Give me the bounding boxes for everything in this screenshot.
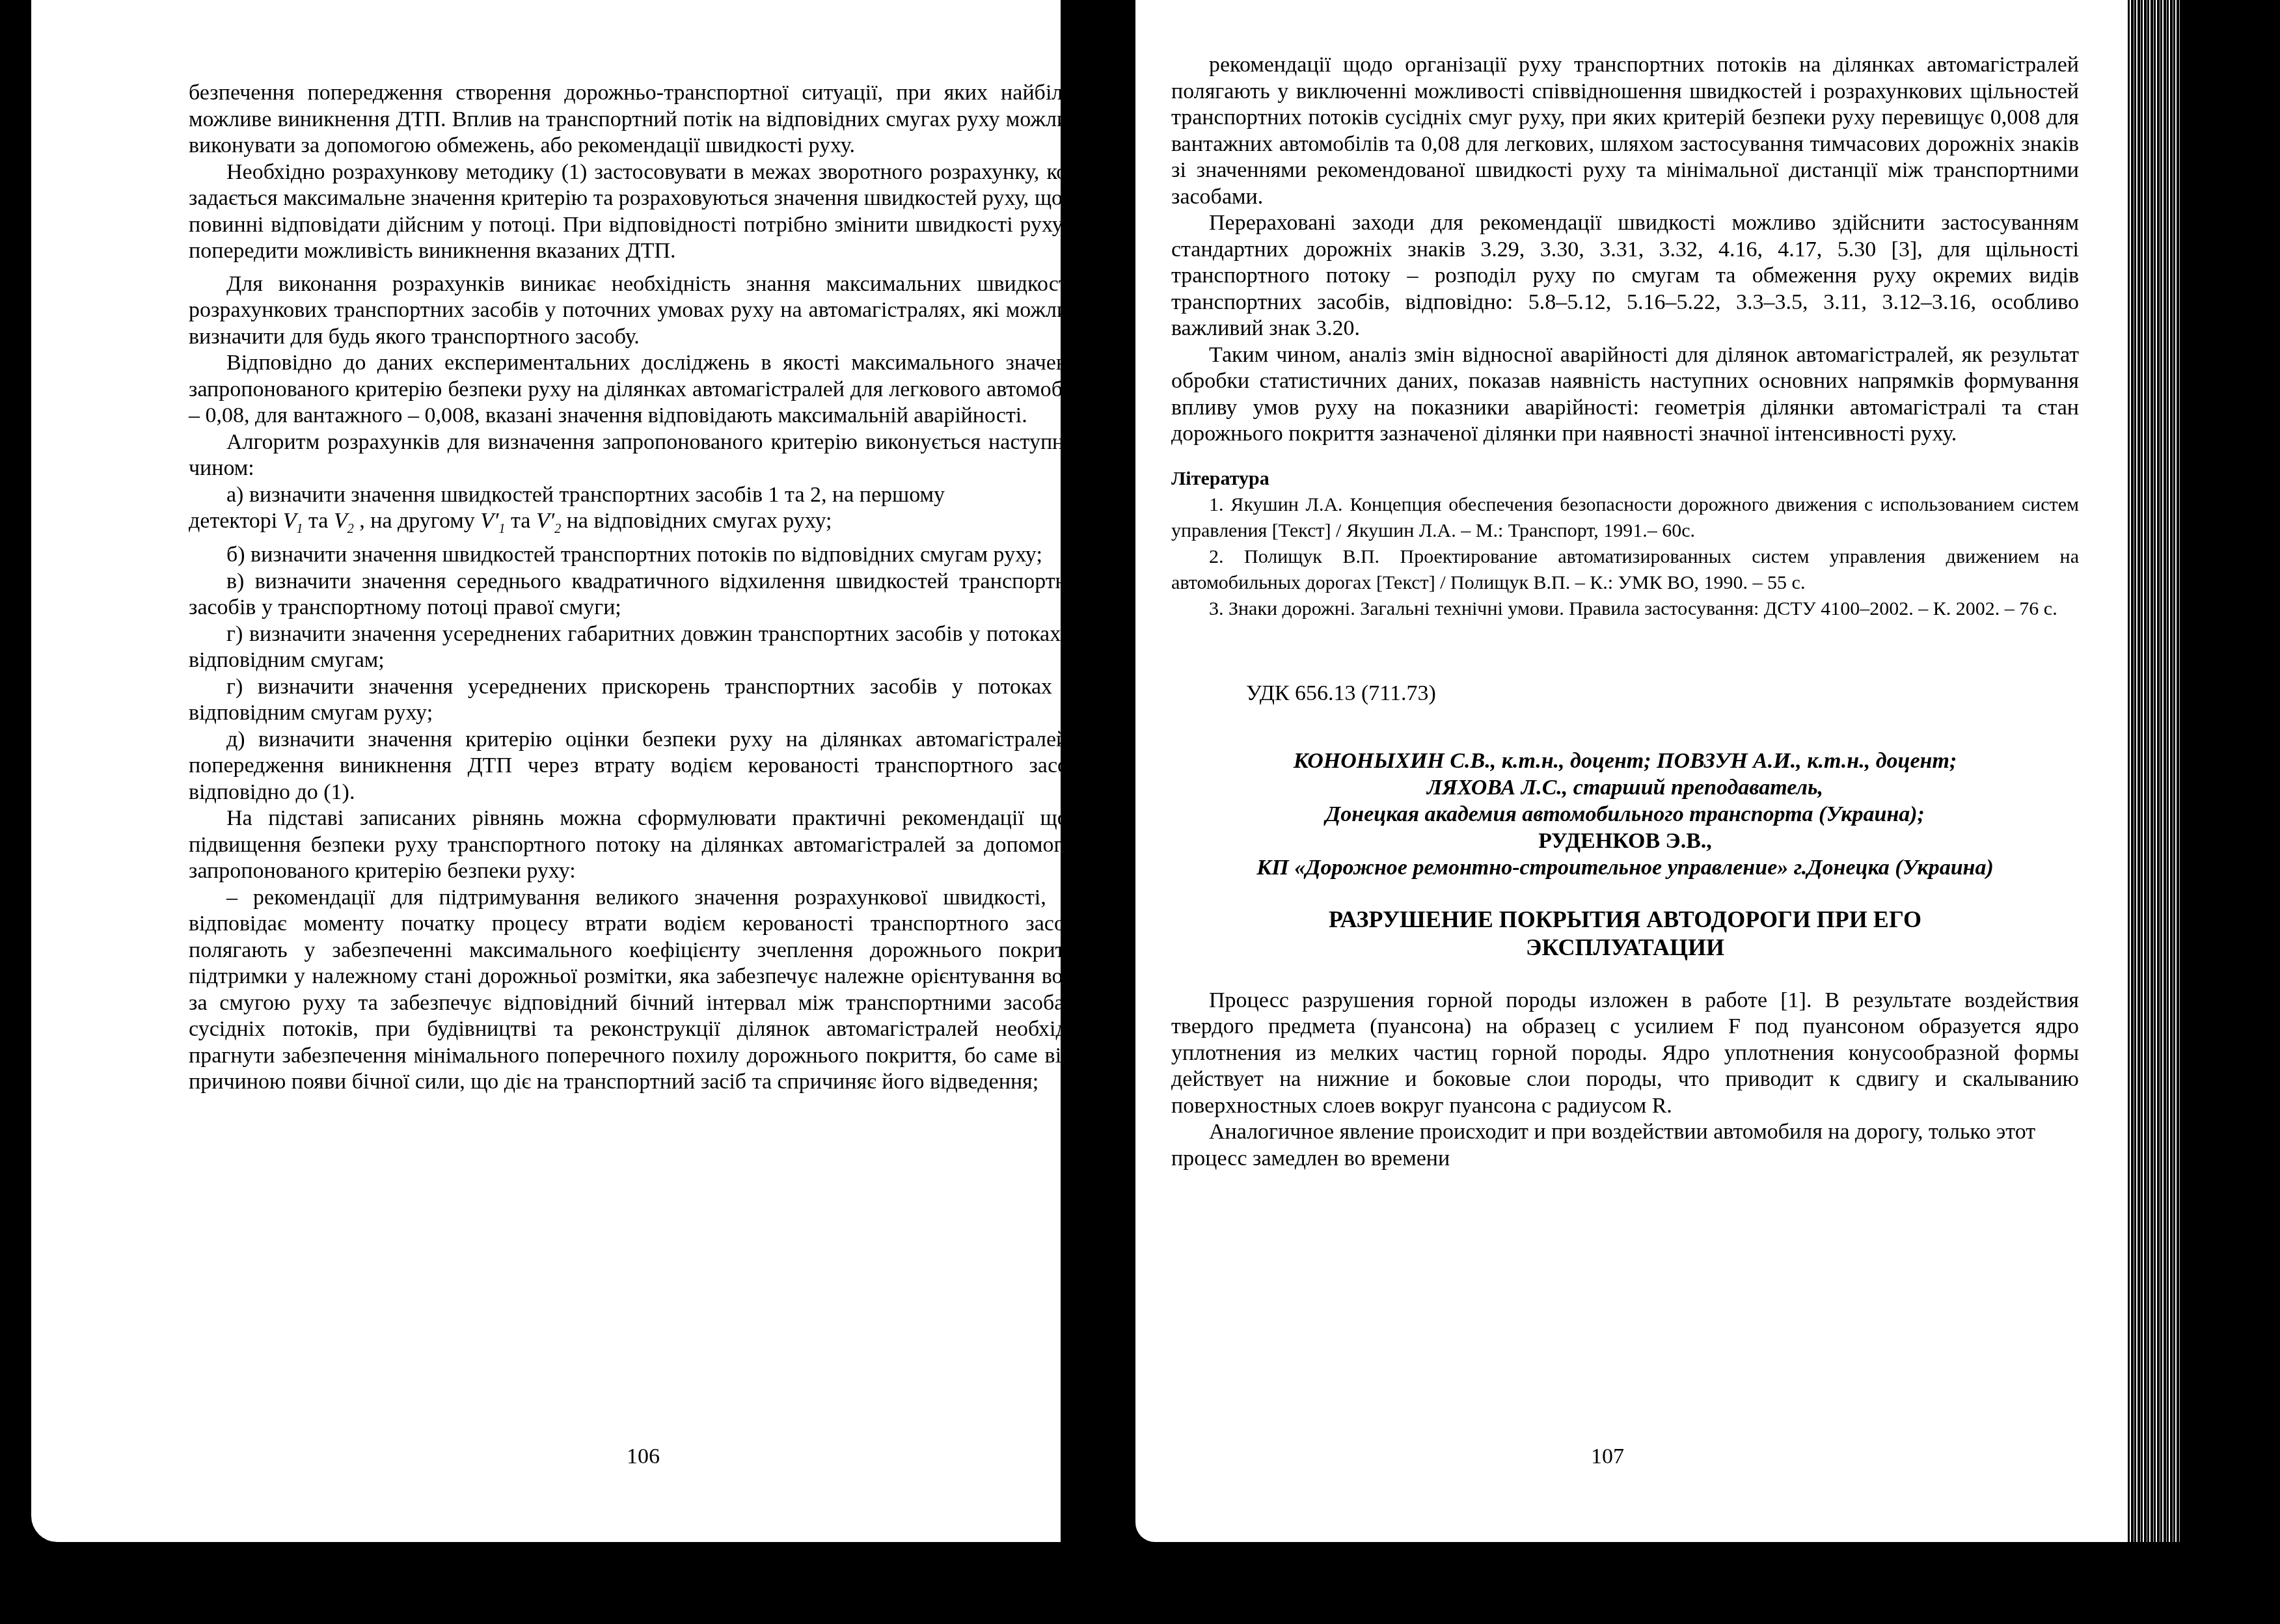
affiliation-line: Донецкая академия автомобильного транспо… [1171, 801, 2079, 828]
paragraph: Алгоритм розрахунків для визначення запр… [189, 429, 1090, 482]
variable-v2: V2 [334, 509, 354, 533]
reference-item: 3. Знаки дорожні. Загальні технічні умов… [1171, 596, 2079, 622]
variable-v1-prime: V′1 [480, 509, 505, 533]
references-list: 1. Якушин Л.А. Концепция обеспечения без… [1171, 492, 2079, 622]
list-item-g: г) визначити значення усереднених габари… [189, 621, 1090, 674]
affiliation-line: КП «Дорожное ремонтно-строительное управ… [1171, 854, 2079, 881]
reference-item: 2. Полищук В.П. Проектирование автоматиз… [1171, 544, 2079, 596]
author-line: КОНОНЫХИН С.В., к.т.н., доцент; ПОВЗУН А… [1171, 748, 2079, 774]
paragraph: Необхідно розрахункову методику (1) заст… [189, 159, 1090, 265]
variable-v1: V1 [283, 509, 303, 533]
author-line: РУДЕНКОВ Э.В., [1171, 828, 2079, 854]
paragraph: Аналогичное явление происходит и при воз… [1171, 1119, 2079, 1172]
recommendation-item: рекомендації щодо організації руху транс… [1171, 52, 2079, 210]
right-page: рекомендації щодо організації руху транс… [1135, 0, 2137, 1542]
page-number: 107 [1591, 1444, 1624, 1469]
list-item-b: б) визначити значення швидкостей транспо… [189, 542, 1090, 569]
udk-code: УДК 656.13 (711.73) [1171, 681, 2079, 707]
list-item-g2: г) визначити значення усереднених приско… [189, 674, 1090, 727]
scanner-border [0, 1542, 2280, 1624]
paragraph: Відповідно до даних експериментальних до… [189, 350, 1090, 429]
authors-block: КОНОНЫХИН С.В., к.т.н., доцент; ПОВЗУН А… [1171, 748, 2079, 881]
author-line: ЛЯХОВА Л.С., старший преподаватель, [1171, 774, 2079, 801]
page-number: 106 [627, 1444, 660, 1469]
list-item-v: в) визначити значення середнього квадрат… [189, 569, 1090, 621]
paragraph: Для виконання розрахунків виникає необхі… [189, 271, 1090, 351]
left-page: безпечення попередження створення дорожн… [31, 0, 1072, 1542]
list-item-a: а) визначити значення швидкостей транспо… [189, 482, 1090, 509]
references-heading: Література [1171, 466, 2079, 493]
variable-v2-prime: V′2 [536, 509, 561, 533]
reference-item: 1. Якушин Л.А. Концепция обеспечения без… [1171, 492, 2079, 544]
paragraph: Перераховані заходи для рекомендації шви… [1171, 210, 2079, 342]
left-page-text: безпечення попередження створення дорожн… [189, 80, 1090, 1096]
book-gutter-shadow [1061, 0, 1142, 1542]
paragraph: Таким чином, аналіз змін відносної аварі… [1171, 342, 2079, 448]
paragraph: Процесс разрушения горной породы изложен… [1171, 988, 2079, 1120]
paragraph: На підставі записаних рівнянь можна сфор… [189, 805, 1090, 885]
recommendation-item: – рекомендації для підтримування великог… [189, 885, 1090, 1096]
right-page-text: рекомендації щодо організації руху транс… [1171, 52, 2079, 1172]
paragraph: безпечення попередження створення дорожн… [189, 80, 1090, 159]
formula-line: детекторі V1 та V2 , на другому V′1 та V… [189, 508, 1090, 542]
list-item-d: д) визначити значення критерію оцінки бе… [189, 727, 1090, 806]
page-stack-edge [2128, 0, 2180, 1542]
article-title: РАЗРУШЕНИЕ ПОКРЫТИЯ АВТОДОРОГИ ПРИ ЕГО Э… [1171, 906, 2079, 962]
